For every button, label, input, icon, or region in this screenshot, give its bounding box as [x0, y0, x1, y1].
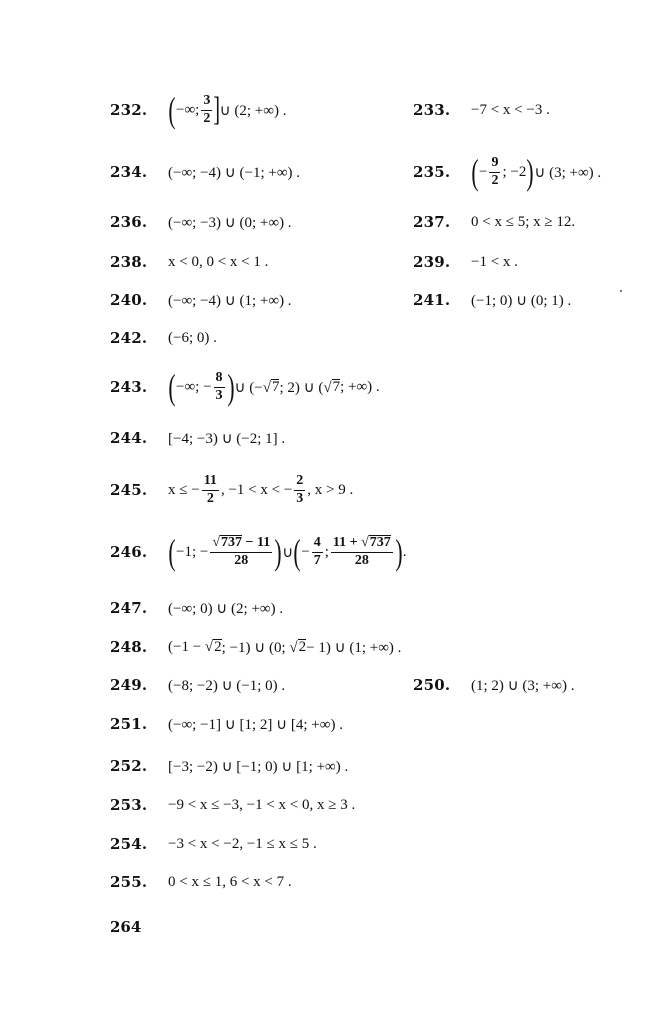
answer-242: 242. (−6; 0) .	[110, 318, 217, 358]
answer-239: 239. −1 < x .	[413, 242, 518, 282]
answer-text: −7 < x < −3 .	[471, 102, 550, 119]
answer-text: (−6; 0) .	[168, 330, 217, 347]
page-number: 264	[110, 918, 141, 936]
answer-text: [−4; −3) ∪ (−2; 1] .	[168, 429, 285, 448]
union-sign: ∪	[282, 543, 293, 562]
answer-part: ; 2) ∪ (√	[279, 378, 331, 397]
answer-text: −3 < x < −2, −1 ≤ x ≤ 5 .	[168, 836, 317, 853]
answer-text: (−∞; −3) ∪ (0; +∞) .	[168, 213, 292, 232]
answer-247: 247. (−∞; 0) ∪ (2; +∞) .	[110, 588, 283, 628]
answer-text: (1; 2) ∪ (3; +∞) .	[471, 676, 574, 695]
problem-number: 240.	[110, 291, 168, 309]
denominator: 7	[312, 553, 323, 569]
answer-part: , x > 9 .	[307, 482, 353, 499]
fraction: √737 − 1128	[210, 535, 272, 568]
answer-part: −∞;	[176, 102, 199, 119]
left-paren: (	[471, 154, 478, 190]
answer-part: ∪ (2; +∞) .	[220, 101, 287, 120]
answer-page: 232. ( −∞; 32 ] ∪ (2; +∞) . 233. −7 < x …	[0, 0, 660, 1024]
answer-part: ; −1) ∪ (0; √	[222, 638, 298, 657]
radicand: 7	[271, 379, 280, 396]
answer-part: ∪ (3; +∞) .	[534, 163, 601, 182]
answer-243: 243. ( −∞; − 83 ) ∪ (−√7; 2) ∪ (√7; +∞) …	[110, 367, 380, 407]
problem-number: 246.	[110, 543, 168, 561]
fraction: 112	[202, 474, 219, 506]
answer-text: −9 < x ≤ −3, −1 < x < 0, x ≥ 3 .	[168, 797, 355, 814]
answer-part: − 1) ∪ (1; +∞) .	[306, 638, 401, 657]
answer-part: (−1 − √	[168, 639, 213, 656]
answer-part: .	[403, 544, 407, 561]
left-paren: (	[168, 92, 175, 128]
numerator: 9	[489, 156, 500, 173]
answer-234: 234. (−∞; −4) ∪ (−1; +∞) .	[110, 152, 300, 192]
radicand: 737	[369, 535, 391, 551]
numerator: 8	[214, 371, 225, 388]
problem-number: 245.	[110, 481, 168, 499]
answer-text: ( −∞; 32 ] ∪ (2; +∞) .	[168, 92, 286, 128]
problem-number: 247.	[110, 599, 168, 617]
problem-number: 252.	[110, 757, 168, 775]
answer-part: ; −2	[502, 164, 526, 181]
problem-number: 239.	[413, 253, 471, 271]
answer-255: 255. 0 < x ≤ 1, 6 < x < 7 .	[110, 862, 292, 902]
answer-part: −∞; −	[176, 379, 212, 396]
right-paren: )	[227, 369, 234, 405]
answer-text: −1 < x .	[471, 254, 518, 271]
radicand: 737	[220, 535, 242, 551]
answer-237: 237. 0 < x ≤ 5; x ≥ 12.	[413, 202, 575, 242]
problem-number: 254.	[110, 835, 168, 853]
answer-236: 236. (−∞; −3) ∪ (0; +∞) .	[110, 202, 292, 242]
answer-text: ( −∞; − 83 ) ∪ (−√7; 2) ∪ (√7; +∞) .	[168, 369, 380, 405]
answer-253: 253. −9 < x ≤ −3, −1 < x < 0, x ≥ 3 .	[110, 785, 355, 825]
problem-number: 234.	[110, 163, 168, 181]
answer-part: ∪ (−√	[235, 378, 271, 397]
problem-number: 249.	[110, 676, 168, 694]
denominator: 3	[294, 491, 305, 507]
fraction: 23	[294, 474, 305, 506]
answer-part: −1; −	[176, 544, 208, 561]
answer-252: 252. [−3; −2) ∪ [−1; 0) ∪ [1; +∞) .	[110, 746, 348, 786]
fraction: 11 + √73728	[331, 535, 393, 568]
denominator: 2	[489, 173, 500, 189]
problem-number: 251.	[110, 715, 168, 733]
answer-232: 232. ( −∞; 32 ] ∪ (2; +∞) .	[110, 90, 286, 130]
answer-part: ;	[325, 544, 329, 561]
scan-speck	[620, 290, 622, 292]
numerator: 2	[294, 474, 305, 491]
answer-part: , −1 < x < −	[221, 482, 292, 499]
fraction: 92	[489, 156, 500, 188]
problem-number: 253.	[110, 796, 168, 814]
answer-235: 235. ( − 92 ; −2 ) ∪ (3; +∞) .	[413, 152, 601, 192]
fraction: 83	[214, 371, 225, 403]
fraction: 47	[312, 536, 323, 568]
answer-246: 246. ( −1; − √737 − 1128 ) ∪ ( − 47 ; 11…	[110, 532, 407, 572]
answer-part: −	[479, 164, 487, 181]
answer-233: 233. −7 < x < −3 .	[413, 90, 550, 130]
answer-part: x ≤ −	[168, 482, 200, 499]
sqrt-sign: √	[212, 535, 220, 550]
answer-254: 254. −3 < x < −2, −1 ≤ x ≤ 5 .	[110, 824, 317, 864]
answer-text: 0 < x ≤ 1, 6 < x < 7 .	[168, 874, 292, 891]
answer-text: (−∞; 0) ∪ (2; +∞) .	[168, 599, 283, 618]
problem-number: 233.	[413, 101, 471, 119]
numerator: 11 + √737	[331, 535, 393, 553]
problem-number: 241.	[413, 291, 471, 309]
right-paren: )	[527, 154, 534, 190]
problem-number: 250.	[413, 676, 471, 694]
right-paren: )	[275, 534, 282, 570]
problem-number: 242.	[110, 329, 168, 347]
numerator: 4	[312, 536, 323, 553]
answer-text: (−∞; −1] ∪ [1; 2] ∪ [4; +∞) .	[168, 715, 343, 734]
radicand: 2	[298, 639, 307, 656]
answer-text: (−8; −2) ∪ (−1; 0) .	[168, 676, 285, 695]
left-paren: (	[294, 534, 301, 570]
problem-number: 244.	[110, 429, 168, 447]
right-bracket: ]	[214, 93, 221, 127]
radicand: 2	[213, 639, 222, 656]
answer-240: 240. (−∞; −4) ∪ (1; +∞) .	[110, 280, 292, 320]
numerator-rest: − 11	[242, 535, 270, 550]
denominator: 28	[232, 553, 250, 569]
answer-250: 250. (1; 2) ∪ (3; +∞) .	[413, 665, 574, 705]
problem-number: 238.	[110, 253, 168, 271]
right-paren: )	[395, 534, 402, 570]
problem-number: 232.	[110, 101, 168, 119]
radicand: 7	[332, 379, 341, 396]
numerator: √737 − 11	[210, 535, 272, 553]
answer-part: ; +∞) .	[340, 379, 380, 396]
answer-text: (−∞; −4) ∪ (1; +∞) .	[168, 291, 292, 310]
problem-number: 243.	[110, 378, 168, 396]
answer-part: −	[301, 544, 309, 561]
answer-244: 244. [−4; −3) ∪ (−2; 1] .	[110, 418, 285, 458]
answer-text: ( − 92 ; −2 ) ∪ (3; +∞) .	[471, 154, 601, 190]
answer-text: (−∞; −4) ∪ (−1; +∞) .	[168, 163, 300, 182]
answer-text: 0 < x ≤ 5; x ≥ 12.	[471, 214, 575, 231]
answer-text: ( −1; − √737 − 1128 ) ∪ ( − 47 ; 11 + √7…	[168, 534, 407, 570]
problem-number: 255.	[110, 873, 168, 891]
problem-number: 236.	[110, 213, 168, 231]
left-paren: (	[168, 369, 175, 405]
answer-text: x < 0, 0 < x < 1 .	[168, 254, 268, 271]
problem-number: 237.	[413, 213, 471, 231]
answer-245: 245. x ≤ − 112 , −1 < x < − 23 , x > 9 .	[110, 470, 353, 510]
answer-text: (−1; 0) ∪ (0; 1) .	[471, 291, 571, 310]
answer-241: 241. (−1; 0) ∪ (0; 1) .	[413, 280, 571, 320]
numerator-part: 11 + √	[333, 535, 369, 550]
problem-number: 248.	[110, 638, 168, 656]
fraction: 32	[201, 94, 212, 126]
numerator: 3	[201, 94, 212, 111]
left-paren: (	[168, 534, 175, 570]
problem-number: 235.	[413, 163, 471, 181]
answer-249: 249. (−8; −2) ∪ (−1; 0) .	[110, 665, 285, 705]
denominator: 3	[214, 388, 225, 404]
denominator: 28	[353, 553, 371, 569]
denominator: 2	[205, 491, 216, 507]
answer-248: 248. (−1 − √2; −1) ∪ (0; √2 − 1) ∪ (1; +…	[110, 627, 401, 667]
answer-text: [−3; −2) ∪ [−1; 0) ∪ [1; +∞) .	[168, 757, 348, 776]
numerator: 11	[202, 474, 219, 491]
answer-text: x ≤ − 112 , −1 < x < − 23 , x > 9 .	[168, 474, 353, 506]
answer-238: 238. x < 0, 0 < x < 1 .	[110, 242, 268, 282]
answer-text: (−1 − √2; −1) ∪ (0; √2 − 1) ∪ (1; +∞) .	[168, 638, 401, 657]
denominator: 2	[201, 111, 212, 127]
answer-251: 251. (−∞; −1] ∪ [1; 2] ∪ [4; +∞) .	[110, 704, 343, 744]
